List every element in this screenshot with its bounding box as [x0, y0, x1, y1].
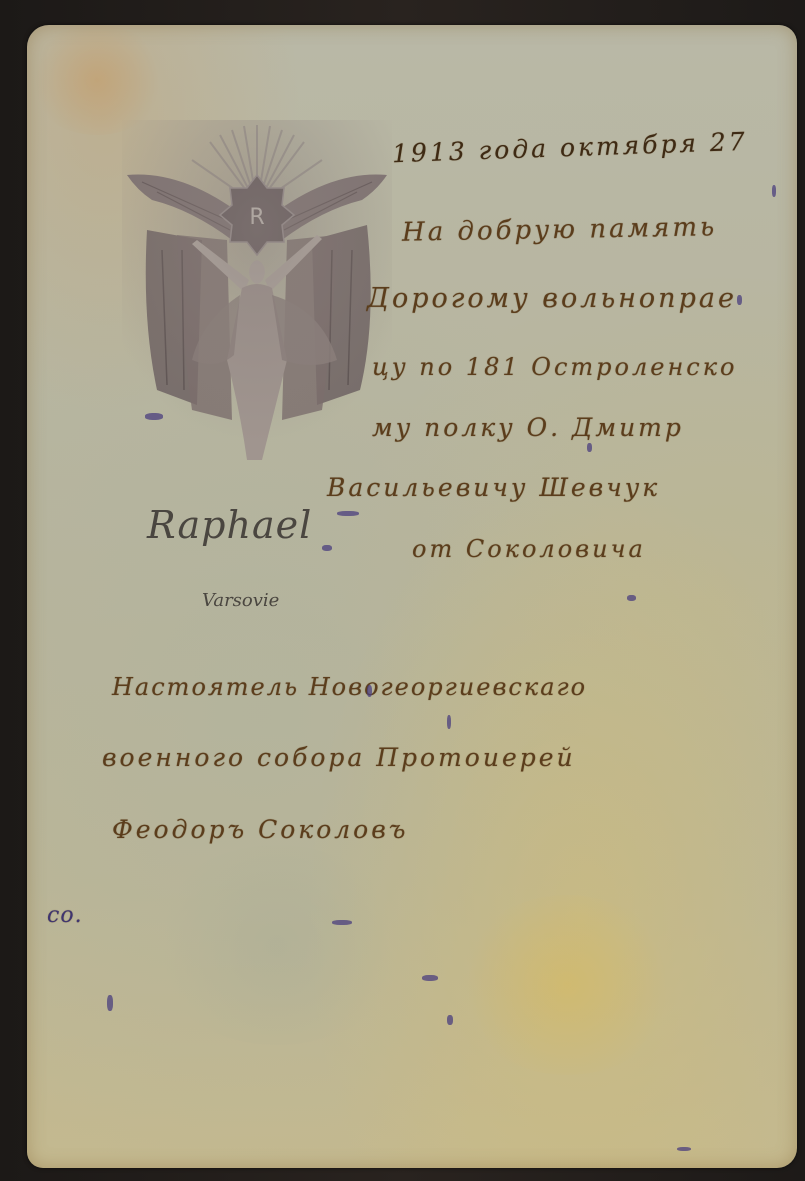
ink-fleck [677, 1147, 691, 1151]
ink-fleck [107, 995, 113, 1011]
photo-card-reverse: R Raphael Varsovie 1913 года октября 27 … [27, 25, 797, 1168]
inscription-line: военного собора Протоиерей [102, 743, 576, 772]
inscription-line: Феодоръ Соколовъ [112, 815, 408, 844]
stray-ink-mark: со. [47, 903, 83, 928]
ink-fleck [627, 595, 636, 601]
ink-fleck [737, 295, 742, 305]
inscription-line: На добрую память [402, 212, 718, 247]
age-stain [147, 845, 407, 1045]
inscription-line: Дорогому вольнопрае [367, 283, 737, 314]
ink-fleck [332, 920, 352, 925]
winged-victory-figure-icon: R [122, 120, 392, 480]
ink-fleck [447, 715, 451, 729]
inscription-date: 1913 года октября 27 [392, 127, 749, 168]
ink-fleck [587, 443, 592, 452]
inscription-line: му полку О. Дмитр [372, 413, 684, 442]
age-stain [457, 895, 677, 1075]
ink-fleck [322, 545, 332, 551]
studio-city: Varsovie [202, 590, 279, 611]
age-stain [27, 25, 167, 135]
ink-fleck [367, 685, 372, 697]
ink-fleck [447, 1015, 453, 1025]
inscription-line: Настоятель Новогеоргиевскаго [112, 673, 587, 701]
ink-fleck [772, 185, 776, 197]
inscription-line: от Соколовича [412, 535, 646, 563]
studio-name: Raphael [147, 503, 312, 547]
inscription-line: цу по 181 Остроленско [372, 353, 737, 381]
ink-fleck [145, 413, 163, 420]
ink-fleck [422, 975, 438, 981]
ink-fleck [337, 511, 359, 516]
inscription-line: Васильевичу Шевчук [327, 473, 660, 502]
studio-emblem: R [122, 120, 392, 480]
